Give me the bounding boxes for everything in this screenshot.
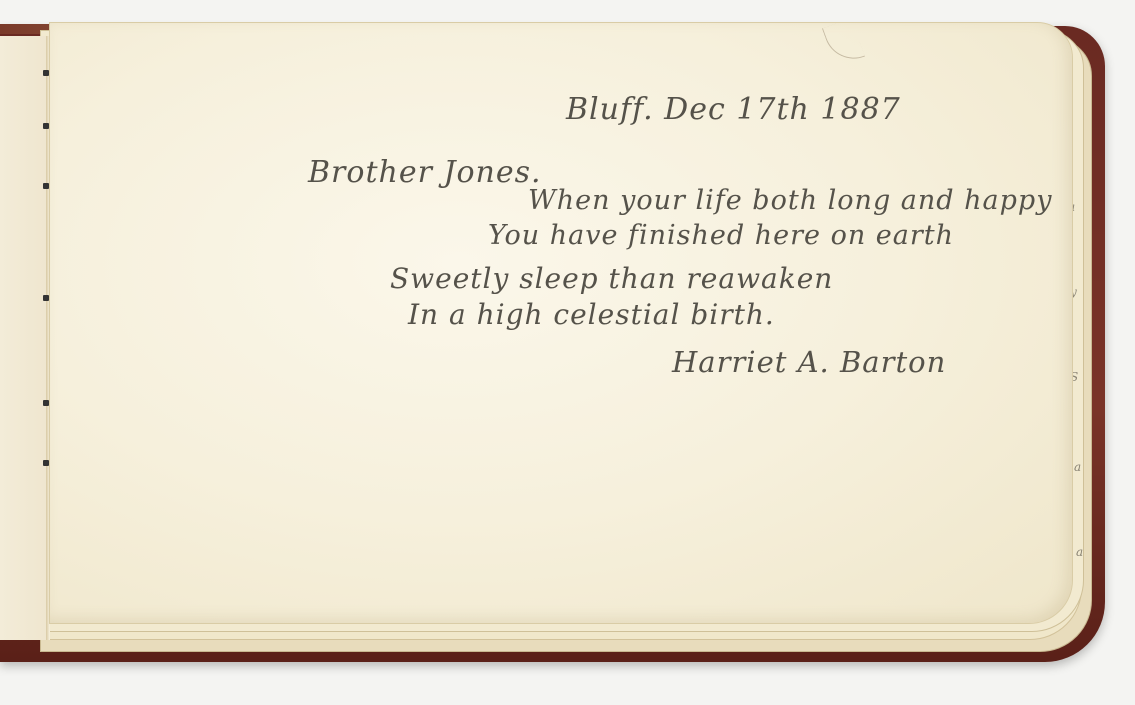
verse-line: You have finished here on earth — [488, 220, 954, 251]
signature: Harriet A. Barton — [672, 345, 946, 379]
verse-line: When your life both long and happy — [528, 185, 1052, 216]
album-scene: a y S a a e Bluff. Dec 17th 1887 Brother… — [0, 0, 1135, 705]
verse-line: In a high celestial birth. — [408, 298, 775, 331]
left-page — [0, 36, 47, 640]
date-line: Bluff. Dec 17th 1887 — [566, 92, 901, 127]
edge-mark: a — [1074, 460, 1081, 474]
verse-line: Sweetly sleep than reawaken — [390, 262, 833, 295]
edge-mark: a — [1076, 545, 1083, 559]
salutation: Brother Jones. — [308, 155, 542, 190]
